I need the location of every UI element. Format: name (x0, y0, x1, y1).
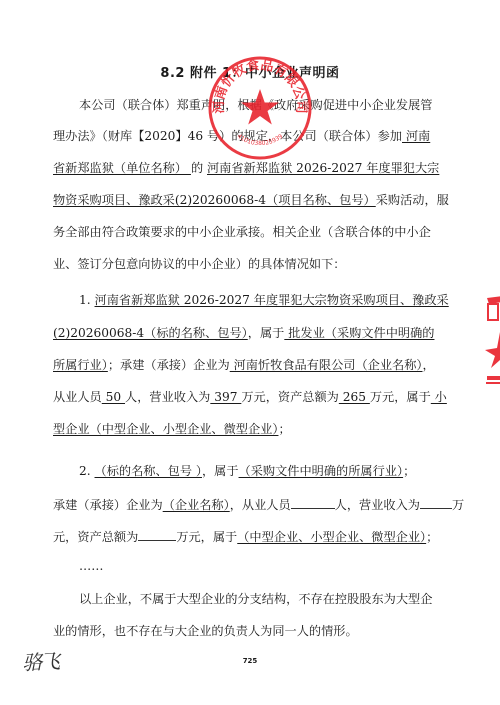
text: 万元，属于 (176, 530, 237, 544)
field-project-name: 河南省新郑监狱 2026-2027 年度罪犯大宗 (207, 161, 439, 175)
text: 万 (452, 498, 464, 512)
field-project-name: 物资采购项目、豫政采(2)20260068-4（项目名称、包号） (53, 193, 376, 207)
closing-line: 以上企业，不属于大型企业的分支结构，不存在控股股东为大型企 (53, 591, 474, 607)
field-subject-name: (2)20260068-4（标的名称、包号） (53, 326, 248, 340)
text: ； (426, 530, 438, 544)
item1-line: (2)20260068-4（标的名称、包号），属于 批发业（采购文件中明确的 (53, 325, 448, 341)
paragraph-line: 务全部由符合政策要求的中小企业承接。相关企业（含联合体的中小企 (53, 224, 448, 240)
text: ，属于 (202, 464, 239, 478)
text: 业、签订分包意向协议的中小企业）的具体情况如下： (53, 257, 346, 271)
item-number: 2. (79, 464, 95, 478)
item2-line: 2. （标的名称、包号 ），属于（采购文件中明确的所属行业）； (53, 463, 474, 479)
text: 万元，属于 (370, 390, 431, 404)
text: ； (403, 464, 415, 478)
svg-text:4101038025939: 4101038025939 (236, 133, 285, 147)
paragraph-line: 物资采购项目、豫政采(2)20260068-4（项目名称、包号）采购活动，服 (53, 192, 448, 208)
blank-revenue (420, 496, 452, 509)
blank-assets (138, 528, 176, 541)
text: 的 (191, 161, 207, 175)
paragraph-line: 业、签订分包意向协议的中小企业）的具体情况如下： (53, 256, 448, 272)
text: ，从业人员 (230, 498, 291, 512)
field-employees: 50 (102, 390, 125, 404)
field-subject-name: （标的名称、包号 ） (95, 464, 202, 478)
partial-seal-icon (483, 290, 500, 390)
field-assets: 265 (339, 390, 370, 404)
paragraph-line: 省新郑监狱（单位名称） 的 河南省新郑监狱 2026-2027 年度罪犯大宗 (53, 160, 448, 176)
text: 务全部由符合政策要求的中小企业承接。相关企业（含联合体的中小企 (53, 225, 431, 239)
item2-line: 元，资产总额为万元，属于（中型企业、小型企业、微型企业）； (53, 528, 448, 545)
field-company-name: （企业名称） (163, 498, 230, 512)
closing-line: 业的情形，也不存在与大企业的负责人为同一人的情形。 (53, 623, 448, 639)
field-enterprise-size: 型企业（中型企业、小型企业、微型企业） (53, 422, 278, 436)
text: 承建（承接）企业为 (53, 498, 163, 512)
field-unit-name: 河南 (402, 129, 430, 143)
field-enterprise-size: （中型企业、小型企业、微型企业） (237, 530, 426, 544)
text: ； (278, 422, 290, 436)
blank-employees (291, 496, 335, 509)
item1-line: 所属行业）；承建（承接）企业为 河南忻牧食品有限公司（企业名称）， (53, 357, 448, 373)
item2-line: 承建（承接）企业为（企业名称），从业人员人，营业收入为万 (53, 496, 448, 513)
field-industry: 所属行业） (53, 358, 108, 372)
item1-line: 型企业（中型企业、小型企业、微型企业）； (53, 421, 448, 437)
text: 元，资产总额为 (53, 530, 138, 544)
item1-line: 从业人员 50 人，营业收入为 397 万元，资产总额为 265 万元，属于 小 (53, 389, 448, 405)
field-industry: 批发业（采购文件中明确的 (284, 326, 434, 340)
field-industry: （采购文件中明确的所属行业） (239, 464, 404, 478)
text: ，属于 (248, 326, 285, 340)
text: 业的情形，也不存在与大企业的负责人为同一人的情形。 (53, 624, 358, 638)
text: ；承建（承接）企业为 (108, 358, 230, 372)
field-subject-name: 河南省新郑监狱 2026-2027 年度罪犯大宗物资采购项目、豫政采 (95, 293, 449, 307)
company-seal-icon: 河南忻牧食品有限公司 4101038025939 (207, 55, 313, 161)
field-revenue: 397 (210, 390, 241, 404)
field-company-name: 河南忻牧食品有限公司（企业名称） (230, 358, 423, 372)
ellipsis: …… (53, 558, 474, 574)
text: 万元，资产总额为 (241, 390, 339, 404)
document-page: 8.2 附件 1：中小企业声明函 本公司（联合体）郑重声明，根据《政府采购促进中… (0, 0, 500, 705)
page-number: 725 (0, 657, 500, 665)
text: 人，营业收入为 (125, 390, 210, 404)
text: 以上企业，不属于大型企业的分支结构，不存在控股股东为大型企 (79, 592, 432, 606)
item1-line: 1. 河南省新郑监狱 2026-2027 年度罪犯大宗物资采购项目、豫政采 (53, 292, 474, 308)
text: 采购活动，服 (376, 193, 449, 207)
field-enterprise-size: 小 (431, 390, 447, 404)
text: 人，营业收入为 (335, 498, 420, 512)
field-unit-name: 省新郑监狱（单位名称） (53, 161, 191, 175)
text: 从业人员 (53, 390, 102, 404)
text: ， (423, 358, 435, 372)
item-number: 1. (79, 293, 95, 307)
